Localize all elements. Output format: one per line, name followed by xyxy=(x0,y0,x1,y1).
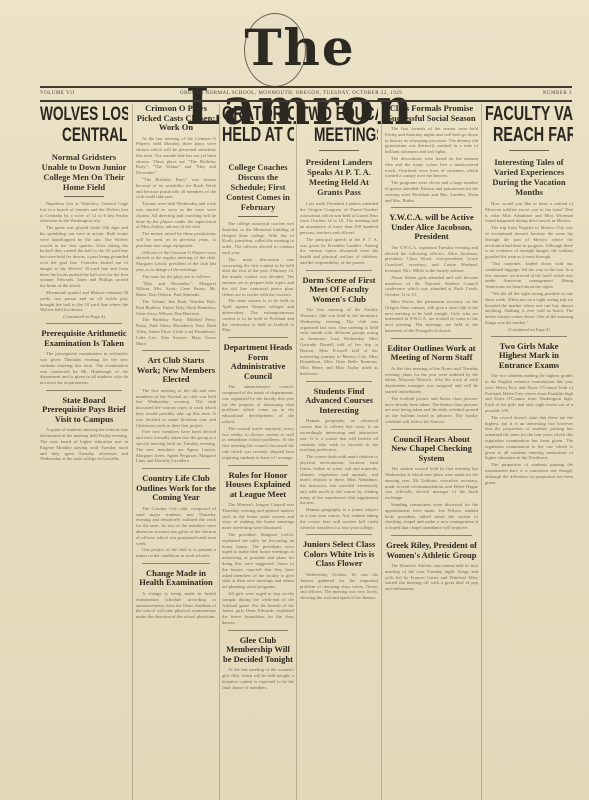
headline: State Board Prerequisite Pays Brief Visi… xyxy=(40,396,128,425)
article-two-girls: Two Girls Make Highest Mark in Entrance … xyxy=(485,342,573,486)
headline: Department Heads Form Administrative Cou… xyxy=(222,343,294,381)
article-greek: Greek Riley, President of Women's Athlet… xyxy=(385,541,478,592)
article-dept-heads: Department Heads Form Administrative Cou… xyxy=(222,343,294,460)
headline: Council Hears About New Chapel Checking … xyxy=(385,435,478,464)
article-rules: Rules for Honor Houses Explained at Leag… xyxy=(222,471,294,626)
headline: ORATORICAL MEET xyxy=(222,104,274,125)
masthead: The Lamron xyxy=(0,0,589,88)
article-wolves: WOLVES LOSE TO CENTRALIA 12-6 Normal Gri… xyxy=(40,104,128,319)
article-art-club: Art Club Starts Work; New Members Electe… xyxy=(136,356,216,464)
headline: Crimson O Plays Picked Casts Chosen; Wor… xyxy=(136,104,216,133)
subheadline: Interesting Tales of Varied Experiences … xyxy=(485,157,573,197)
article-council: Council Hears About New Chapel Checking … xyxy=(385,435,478,531)
volume-number: VOLUME VII xyxy=(40,91,75,96)
dateline: VOLUME VII OREGON NORMAL SCHOOL, MONMOUT… xyxy=(40,89,572,99)
headline: Class Formals Promise Successful Social … xyxy=(385,104,478,123)
column-divider xyxy=(219,104,220,800)
separator xyxy=(46,390,122,391)
column-1: WOLVES LOSE TO CENTRALIA 12-6 Normal Gri… xyxy=(40,104,128,800)
headline: Art Club Starts Work; New Members Electe… xyxy=(136,356,216,385)
article-juniors: Juniors Select Class Colors White Iris i… xyxy=(300,540,378,600)
headline: Y.W.C.A. will be Active Under Alice Jaco… xyxy=(385,213,478,242)
newspaper-page: The Lamron VOLUME VII OREGON NORMAL SCHO… xyxy=(0,0,589,800)
column-3-body: College Coaches Discuss the Schedule; Fi… xyxy=(222,160,294,800)
column-5: Class Formals Promise Successful Social … xyxy=(385,104,478,800)
separator xyxy=(142,563,210,564)
subheadline: College Coaches Discuss the Schedule; Fi… xyxy=(222,162,294,212)
article-editor: Editor Outlines Work at Meeting of Norm … xyxy=(385,344,478,425)
article-country-life: Country Life Club Outlines Work for the … xyxy=(136,474,216,559)
column-divider xyxy=(481,104,482,800)
article-dorm: Dorm Scene of First Meet Of Faculty Wome… xyxy=(300,276,378,377)
headline: Glee Club Membership Will be Decided Ton… xyxy=(222,636,294,665)
column-4: TWO EDUCATIONAL MEETINGS HELD President … xyxy=(300,104,378,800)
separator xyxy=(64,196,104,197)
article-glee: Glee Club Membership Will be Decided Ton… xyxy=(222,636,294,691)
separator xyxy=(142,468,210,469)
separator xyxy=(142,350,210,351)
column-divider xyxy=(296,104,297,800)
headline: MEETINGS HELD xyxy=(314,125,360,146)
article-ywca: Y.W.C.A. will be Active Under Alice Jaco… xyxy=(385,213,478,333)
place-and-date: OREGON NORMAL SCHOOL, MONMOUTH, OREGON, … xyxy=(180,91,402,96)
masthead-rule xyxy=(40,86,572,88)
headline: Rules for Honor Houses Explained at Leag… xyxy=(222,471,294,500)
headline: FACULTY VACATIONS xyxy=(485,104,548,125)
article-state-board: State Board Prerequisite Pays Brief Visi… xyxy=(40,396,128,462)
column-divider xyxy=(381,104,382,800)
dateline-rule xyxy=(40,100,572,102)
headline: TWO EDUCATIONAL xyxy=(300,104,356,125)
article-class-formals: Class Formals Promise Successful Social … xyxy=(385,104,478,203)
headline: Two Girls Make Highest Mark in Entrance … xyxy=(485,342,573,371)
article-body: Napoleon lost at Waterloo, General Gage … xyxy=(40,201,128,313)
headline: Country Life Club Outlines Work for the … xyxy=(136,474,216,503)
subheadline: Normal Gridsters Unable to Down Junior C… xyxy=(40,152,128,192)
column-divider xyxy=(132,104,133,800)
headline: Editor Outlines Work at Meeting of Norm … xyxy=(385,344,478,363)
headline: REACH FAR PLACES xyxy=(493,125,551,146)
issue-number: NUMBER 3 xyxy=(543,91,572,96)
article-crimson-o: Crimson O Plays Picked Casts Chosen; Wor… xyxy=(136,104,216,346)
headline: Greek Riley, President of Women's Athlet… xyxy=(385,541,478,560)
headline: Students Find Advanced Courses Interesti… xyxy=(300,387,378,416)
column-2: Crimson O Plays Picked Casts Chosen; Wor… xyxy=(136,104,216,800)
headline: CENTRALIA 12-6 xyxy=(62,125,110,146)
article-change: Change Made in Health Examination A chan… xyxy=(136,569,216,620)
continued-note: (Continued on Page 4) xyxy=(40,314,128,319)
column-6: FACULTY VACATIONS REACH FAR PLACES Inter… xyxy=(485,104,573,800)
continued-note: (Continued on Page 4) xyxy=(485,327,573,332)
headline: Prerequisite Arithmetic Examination Is T… xyxy=(40,329,128,348)
headline: Juniors Select Class Colors White Iris i… xyxy=(300,540,378,569)
subheadline: President Landers Speaks At P. T. A. Mee… xyxy=(300,157,378,197)
headline: Change Made in Health Examination xyxy=(136,569,216,588)
headline: HELD AT CORVALLIS xyxy=(222,125,274,146)
headline: Dorm Scene of First Meet Of Faculty Wome… xyxy=(300,276,378,305)
article-prereq: Prerequisite Arithmetic Examination Is T… xyxy=(40,329,128,386)
headline: WOLVES LOSE TO xyxy=(40,104,103,125)
separator xyxy=(46,323,122,324)
article-students-find: Students Find Advanced Courses Interesti… xyxy=(300,387,378,531)
